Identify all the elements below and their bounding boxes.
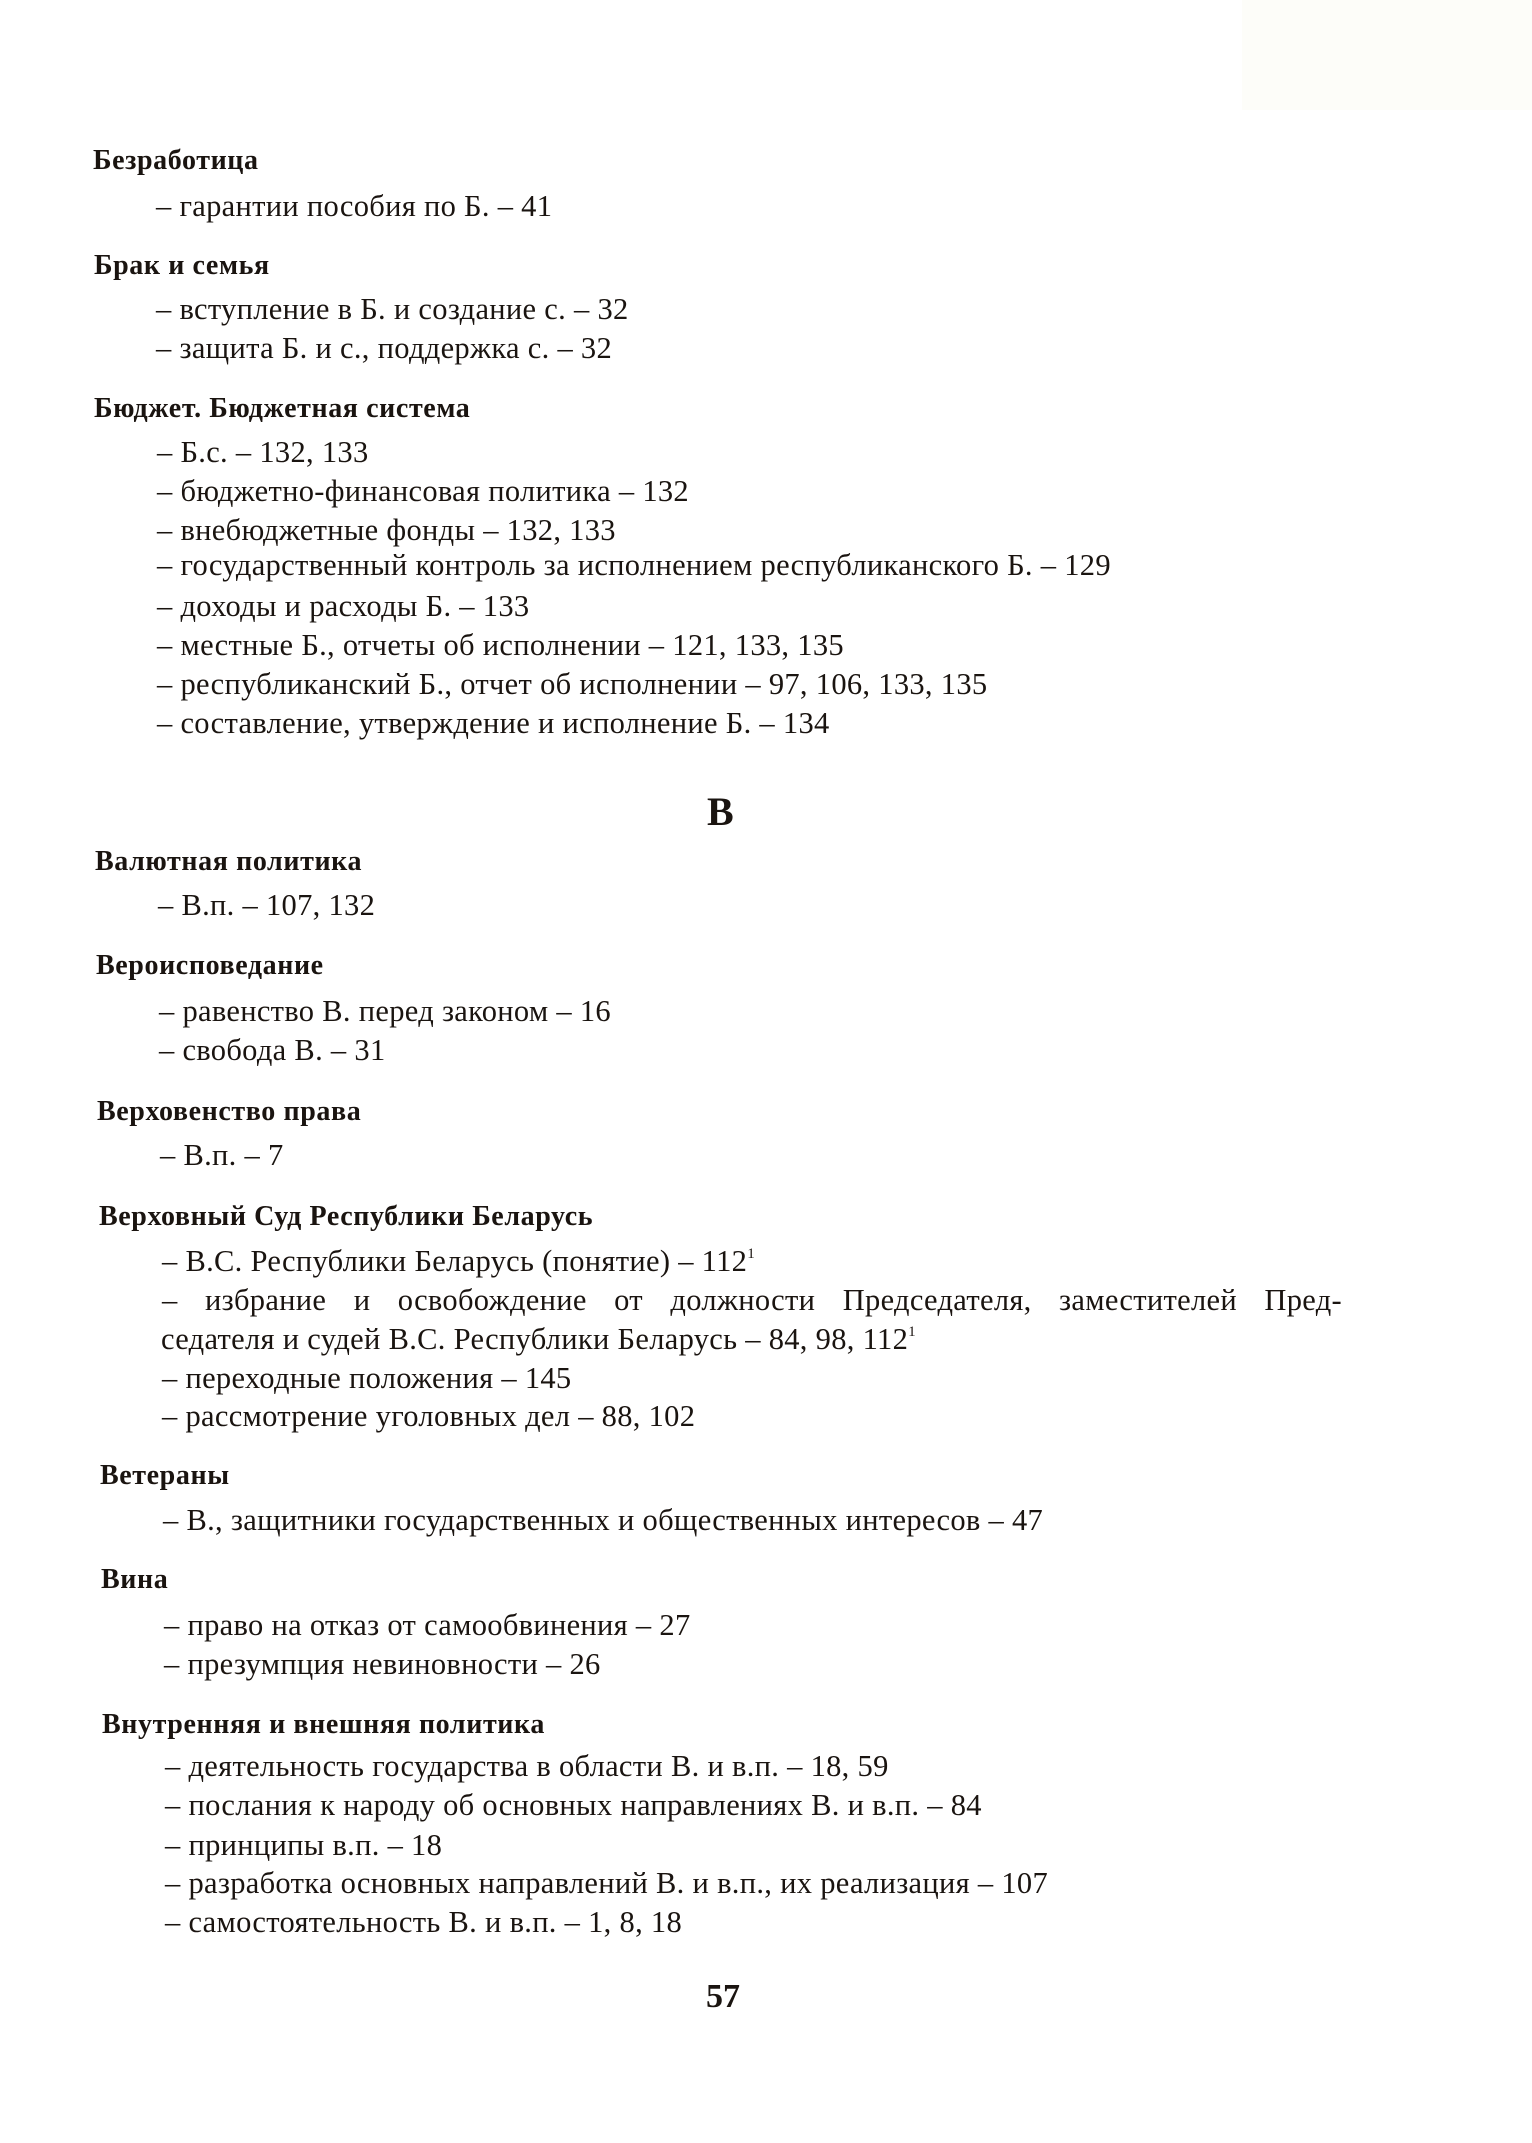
index-entry: – рассмотрение уголовных дел – 88, 102: [162, 1396, 695, 1436]
page-number: 57: [706, 1977, 740, 2017]
footnote-superscript: 1: [908, 1324, 916, 1340]
footnote-superscript: 1: [747, 1246, 755, 1262]
index-entry: – переходные положения – 145: [162, 1358, 572, 1398]
index-entry: – В., защитники государственных и общест…: [163, 1500, 1043, 1540]
index-entry: – деятельность государства в области В. …: [165, 1746, 889, 1786]
index-entry: – право на отказ от самообвинения – 27: [164, 1605, 691, 1645]
index-heading: Безработица: [93, 141, 259, 181]
index-entry: – послания к народу об основных направле…: [165, 1785, 982, 1825]
index-heading: Верховенство права: [97, 1092, 361, 1132]
index-heading: Вероисповедание: [96, 946, 324, 986]
index-heading: Ветераны: [100, 1456, 230, 1496]
index-entry: – В.С. Республики Беларусь (понятие) – 1…: [162, 1241, 755, 1281]
index-entry: – В.п. – 7: [160, 1135, 284, 1175]
index-heading: Внутренняя и внешняя политика: [102, 1705, 545, 1745]
index-heading: Бюджет. Бюджетная система: [94, 389, 470, 429]
index-heading: Вина: [101, 1560, 168, 1600]
index-entry: – самостоятельность В. и в.п. – 1, 8, 18: [165, 1902, 682, 1942]
index-entry: – Б.с. – 132, 133: [157, 432, 369, 472]
index-heading: Верховный Суд Республики Беларусь: [99, 1197, 593, 1237]
index-entry: – местные Б., отчеты об исполнении – 121…: [157, 625, 844, 665]
index-heading: Валютная политика: [95, 842, 362, 882]
index-entry: – государственный контроль за исполнение…: [157, 545, 1111, 585]
index-entry-continuation: седателя и судей В.С. Республики Беларус…: [161, 1319, 916, 1359]
index-entry: – вступление в Б. и создание с. – 32: [156, 289, 629, 329]
entry-text: – В.С. Республики Беларусь (понятие) – 1…: [162, 1244, 755, 1278]
index-entry: – равенство В. перед законом – 16: [159, 991, 611, 1031]
index-letter: В: [707, 792, 734, 832]
index-entry: – бюджетно-финансовая политика – 132: [157, 471, 689, 511]
index-entry: – республиканский Б., отчет об исполнени…: [157, 664, 987, 704]
index-entry: – гарантии пособия по Б. – 41: [156, 186, 552, 226]
index-entry: – внебюджетные фонды – 132, 133: [157, 510, 616, 550]
index-entry: – принципы в.п. – 18: [165, 1825, 442, 1865]
index-entry: – В.п. – 107, 132: [158, 885, 375, 925]
index-entry: – избрание и освобождение от должности П…: [162, 1280, 1342, 1320]
index-entry: – презумпция невиновности – 26: [164, 1644, 601, 1684]
index-heading: Брак и семья: [94, 246, 270, 286]
index-entry: – доходы и расходы Б. – 133: [157, 586, 529, 626]
index-entry: – защита Б. и с., поддержка с. – 32: [156, 328, 612, 368]
index-entry: – составление, утверждение и исполнение …: [157, 703, 830, 743]
index-page: Безработица – гарантии пособия по Б. – 4…: [0, 0, 1532, 2143]
index-entry: – разработка основных направлений В. и в…: [165, 1863, 1048, 1903]
index-entry: – свобода В. – 31: [159, 1030, 386, 1070]
